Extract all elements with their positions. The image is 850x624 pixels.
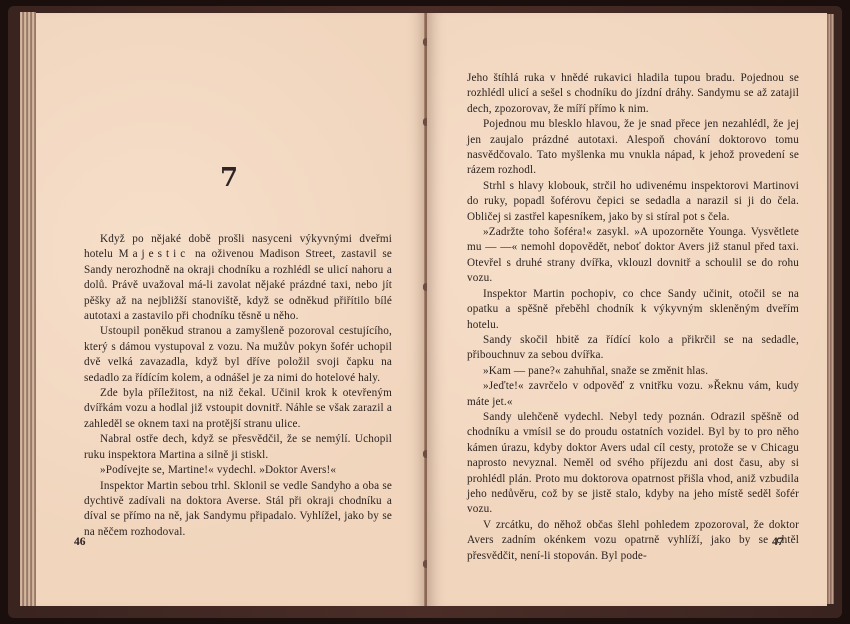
page-edges-left	[20, 12, 36, 606]
chapter-number: 7	[220, 163, 238, 193]
page-number-right: 47	[772, 536, 784, 548]
page-edges-right	[826, 14, 834, 604]
paragraph: Když po nějaké době prošli nasyceni výky…	[84, 232, 392, 324]
left-page: 7 Když po nějaké době prošli nasyceni vý…	[36, 13, 426, 606]
paragraph: Inspektor Martin pochopiv, co chce Sandy…	[467, 287, 799, 333]
paragraph: »Zadržte toho šoféra!« zasykl. »A upozor…	[467, 225, 799, 287]
paragraph: »Podívejte se, Martine!« vydechl. »Dokto…	[84, 463, 392, 478]
left-page-text: Když po nějaké době prošli nasyceni výky…	[84, 232, 392, 540]
paragraph: V zrcátku, do něhož občas šlehl pohledem…	[467, 518, 799, 564]
paragraph: Strhl s hlavy klobouk, strčil ho udivené…	[467, 179, 799, 225]
right-page: Jeho štíhlá ruka v hnědé rukavici hladil…	[427, 13, 827, 606]
paragraph: »Jeďte!« zavrčelo v odpověď z vnitřku vo…	[467, 379, 799, 410]
paragraph: Nabral ostře dech, když se přesvědčil, ž…	[84, 432, 392, 463]
paragraph: »Kam — pane?« zahuhňal, snaže se změnit …	[467, 364, 799, 379]
right-page-text: Jeho štíhlá ruka v hnědé rukavici hladil…	[467, 71, 799, 564]
paragraph: Zde byla příležitost, na niž čekal. Učin…	[84, 386, 392, 432]
paragraph: Sandy skočil hbitě za řídící kolo a přik…	[467, 333, 799, 364]
paragraph: Jeho štíhlá ruka v hnědé rukavici hladil…	[467, 71, 799, 117]
paragraph: Sandy ulehčeně vydechl. Nebyl tedy pozná…	[467, 410, 799, 518]
paragraph: Inspektor Martin sebou trhl. Sklonil se …	[84, 479, 392, 541]
hotel-name: Majestic	[119, 248, 190, 260]
paragraph: Pojednou mu blesklo hlavou, že je snad p…	[467, 117, 799, 179]
paragraph: Ustoupil poněkud stranou a zamyšleně poz…	[84, 324, 392, 386]
page-number-left: 46	[74, 536, 86, 548]
